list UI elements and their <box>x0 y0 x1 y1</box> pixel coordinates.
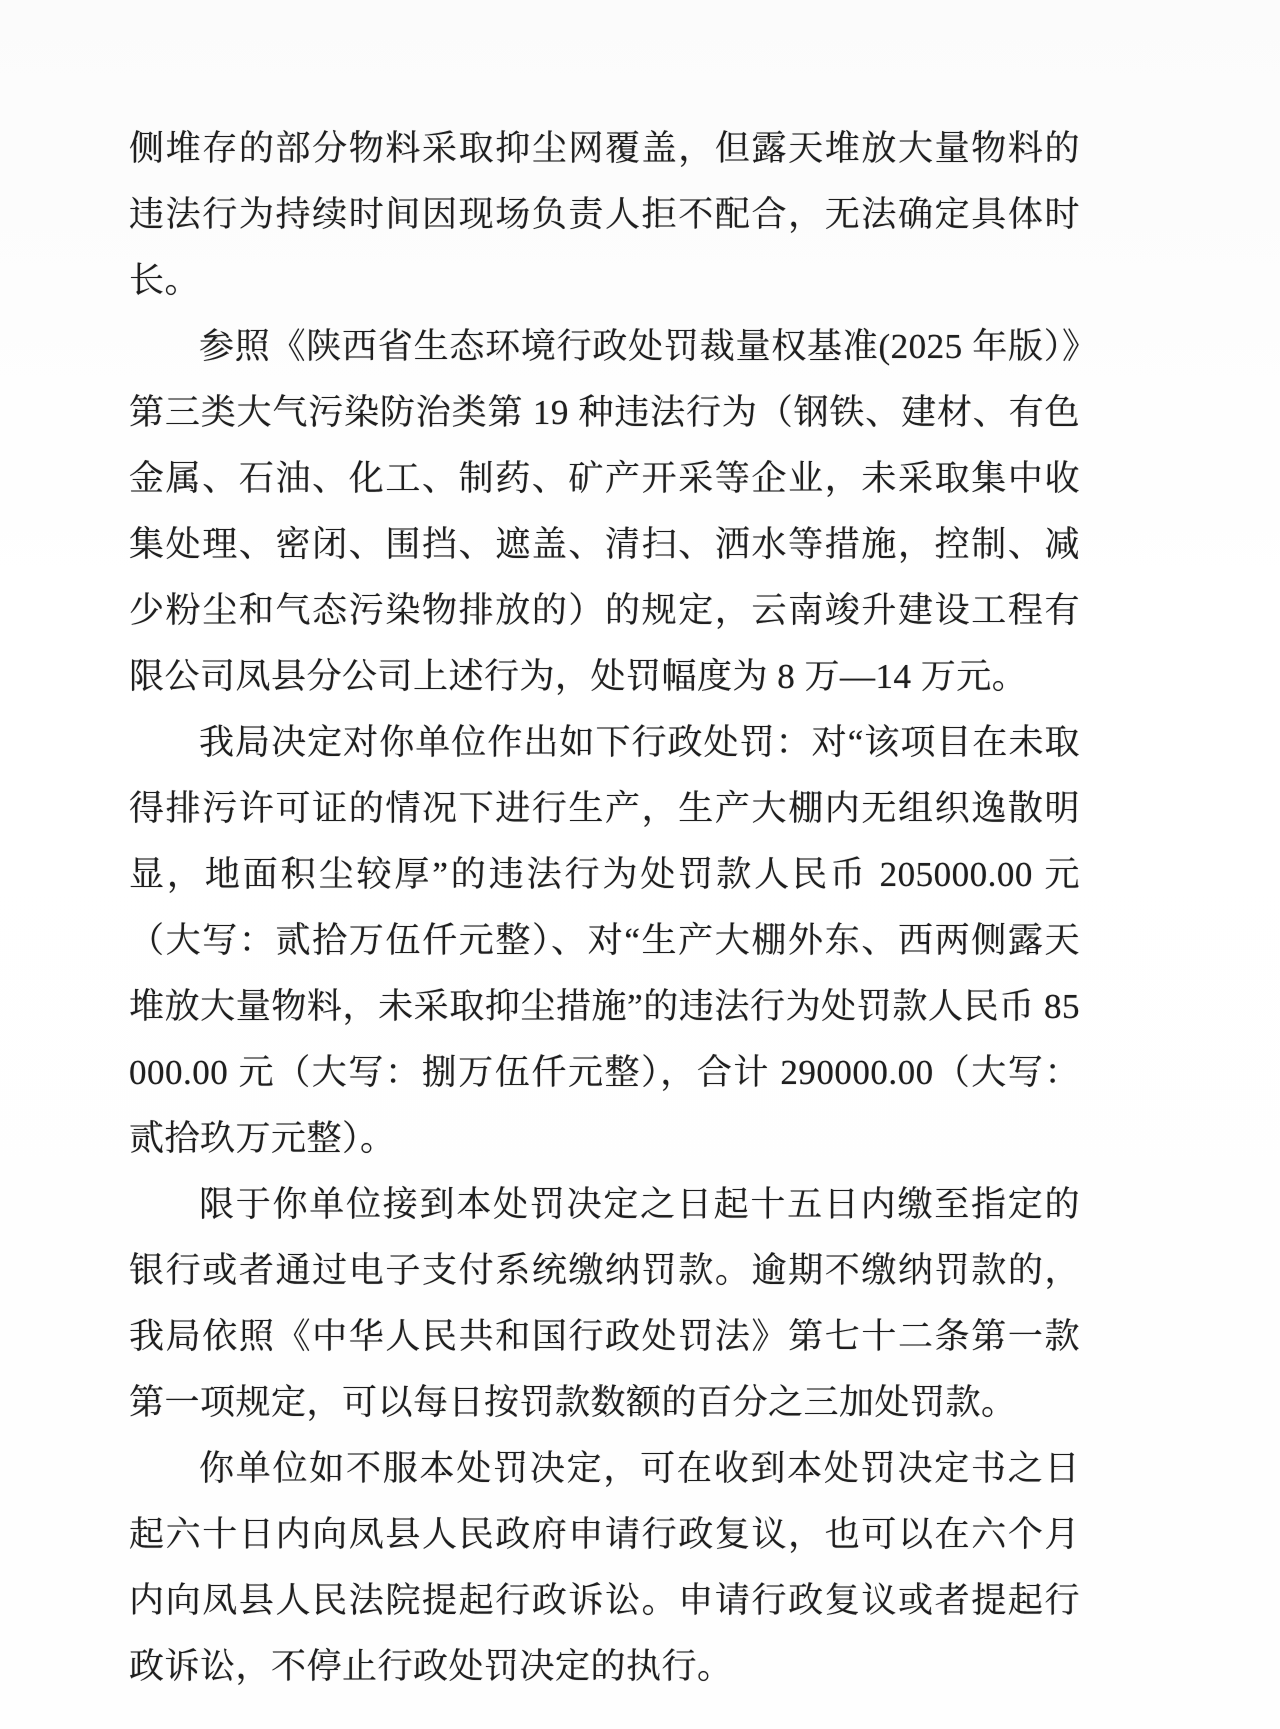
paragraph-1: 侧堆存的部分物料采取抑尘网覆盖，但露天堆放大量物料的违法行为持续时间因现场负责人… <box>129 116 1080 314</box>
document-page: 侧堆存的部分物料采取抑尘网覆盖，但露天堆放大量物料的违法行为持续时间因现场负责人… <box>0 0 1280 1729</box>
paragraph-4: 限于你单位接到本处罚决定之日起十五日内缴至指定的银行或者通过电子支付系统缴纳罚款… <box>129 1172 1080 1436</box>
paragraph-2: 参照《陕西省生态环境行政处罚裁量权基准(2025 年版）》第三类大气污染防治类第… <box>129 314 1080 710</box>
paragraph-5: 你单位如不服本处罚决定，可在收到本处罚决定书之日起六十日内向凤县人民政府申请行政… <box>129 1436 1080 1700</box>
document-body: 侧堆存的部分物料采取抑尘网覆盖，但露天堆放大量物料的违法行为持续时间因现场负责人… <box>129 116 1080 1700</box>
paragraph-3: 我局决定对你单位作出如下行政处罚：对“该项目在未取得排污许可证的情况下进行生产，… <box>129 710 1080 1172</box>
